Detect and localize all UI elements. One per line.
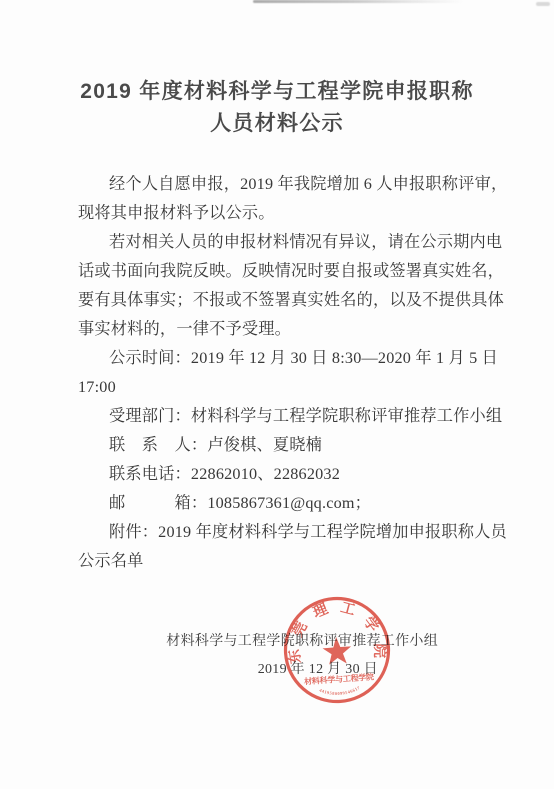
body-line-accepting-dept: 受理部门：材料科学与工程学院职称评审推荐工作小组	[78, 402, 524, 431]
seal-code-text: 4419580099546617	[318, 685, 361, 698]
body-line: 话或书面向我院反映。反映情况时要自报或签署真实姓名，	[78, 257, 524, 286]
scan-smudge-artifact	[253, 0, 463, 3]
body-line-attachment: 附件：2019 年度材料科学与工程学院增加申报职称人员	[78, 518, 524, 547]
page-title: 2019 年度材料科学与工程学院申报职称 人员材料公示	[0, 76, 554, 140]
body-line-publicity-time: 公示时间：2019 年 12 月 30 日 8:30—2020 年 1 月 5 …	[78, 344, 524, 373]
title-line-2: 人员材料公示	[0, 108, 554, 140]
body-line: 公示名单	[78, 547, 524, 576]
body-line: 事实材料的，一律不予受理。	[78, 315, 524, 344]
body-line: 17:00	[78, 373, 524, 402]
body-line: 若对相关人员的申报材料情况有异议，请在公示期内电	[78, 228, 524, 257]
document-body: 经个人自愿申报，2019 年我院增加 6 人申报职称评审， 现将其申报材料予以公…	[78, 170, 524, 576]
seal-department-text: 材料科学与工程学院	[304, 671, 376, 686]
official-seal: 东莞理工学院 材料科学与工程学院 4419580099546617	[281, 594, 393, 706]
scan-fleck-artifact	[536, 2, 550, 6]
body-line-contact-phone: 联系电话：22862010、22862032	[78, 460, 524, 489]
body-line: 要有具体事实；不报或不签署真实姓名的，以及不提供具体	[78, 286, 524, 315]
body-line: 经个人自愿申报，2019 年我院增加 6 人申报职称评审，	[78, 170, 524, 199]
body-line: 现将其申报材料予以公示。	[78, 199, 524, 228]
body-line-contact-person: 联 系 人：卢俊棋、夏晓楠	[78, 431, 524, 460]
body-line-contact-email: 邮 箱：1085867361@qq.com；	[78, 489, 524, 518]
document-page: 2019 年度材料科学与工程学院申报职称 人员材料公示 经个人自愿申报，2019…	[0, 0, 554, 789]
title-line-1: 2019 年度材料科学与工程学院申报职称	[0, 76, 554, 108]
seal-star-icon	[322, 636, 352, 665]
